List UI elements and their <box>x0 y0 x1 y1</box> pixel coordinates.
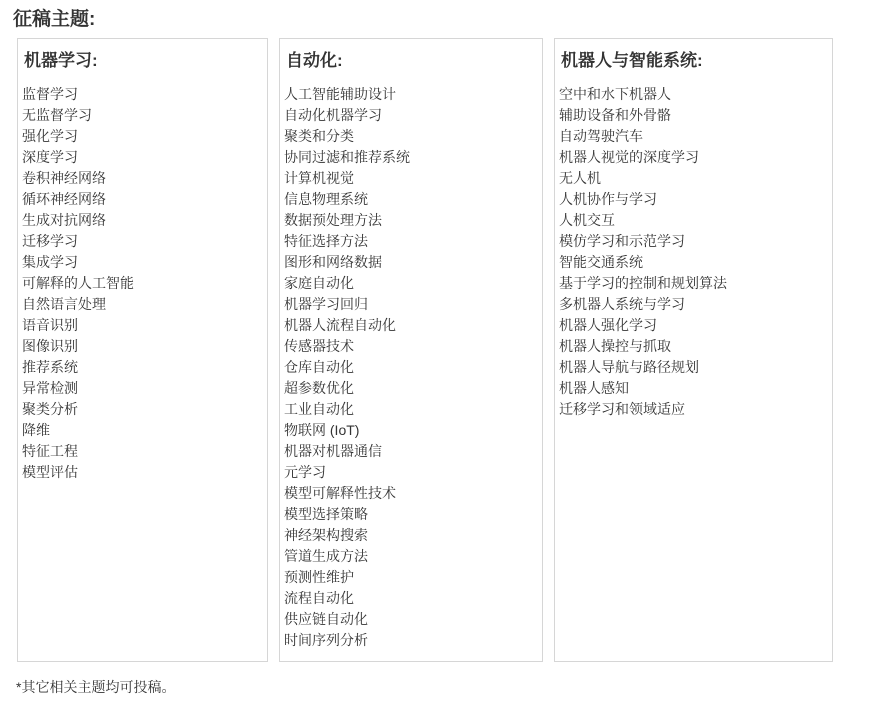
topic-column-robotics-intelligent-systems: 机器人与智能系统: 空中和水下机器人 辅助设备和外骨骼 自动驾驶汽车 机器人视觉… <box>554 38 833 662</box>
topic-item: 语音识别 <box>22 315 263 336</box>
topic-item: 强化学习 <box>22 126 263 147</box>
topic-item: 传感器技术 <box>284 336 538 357</box>
topic-item: 机器人流程自动化 <box>284 315 538 336</box>
topic-item: 迁移学习 <box>22 231 263 252</box>
topic-item: 机器人感知 <box>559 378 828 399</box>
topic-item: 供应链自动化 <box>284 609 538 630</box>
topic-item: 自动驾驶汽车 <box>559 126 828 147</box>
topic-item: 降维 <box>22 420 263 441</box>
page-title: 征稿主题: <box>0 0 881 31</box>
topic-item: 机器人视觉的深度学习 <box>559 147 828 168</box>
topic-item: 循环神经网络 <box>22 189 263 210</box>
topic-item: 信息物理系统 <box>284 189 538 210</box>
topic-item: 推荐系统 <box>22 357 263 378</box>
call-for-papers-page: 征稿主题: 机器学习: 监督学习 无监督学习 强化学习 深度学习 卷积神经网络 … <box>0 0 881 708</box>
topic-item: 深度学习 <box>22 147 263 168</box>
topic-item: 人工智能辅助设计 <box>284 84 538 105</box>
topic-item: 管道生成方法 <box>284 546 538 567</box>
topic-item: 无人机 <box>559 168 828 189</box>
footnote: *其它相关主题均可投稿。 <box>16 678 881 696</box>
topic-item: 机器人导航与路径规划 <box>559 357 828 378</box>
topic-item: 数据预处理方法 <box>284 210 538 231</box>
topic-item: 仓库自动化 <box>284 357 538 378</box>
topic-item: 辅助设备和外骨骼 <box>559 105 828 126</box>
topic-item: 自动化机器学习 <box>284 105 538 126</box>
topic-item: 预测性维护 <box>284 567 538 588</box>
topic-item: 超参数优化 <box>284 378 538 399</box>
topic-item: 神经架构搜索 <box>284 525 538 546</box>
topic-item: 人机协作与学习 <box>559 189 828 210</box>
topic-item: 聚类分析 <box>22 399 263 420</box>
topic-list-robotics-intelligent-systems: 空中和水下机器人 辅助设备和外骨骼 自动驾驶汽车 机器人视觉的深度学习 无人机 … <box>559 84 828 420</box>
topic-item: 模型可解释性技术 <box>284 483 538 504</box>
topic-item: 家庭自动化 <box>284 273 538 294</box>
topic-item: 自然语言处理 <box>22 294 263 315</box>
topic-item: 流程自动化 <box>284 588 538 609</box>
topic-item: 多机器人系统与学习 <box>559 294 828 315</box>
topic-item: 迁移学习和领域适应 <box>559 399 828 420</box>
topic-item: 机器对机器通信 <box>284 441 538 462</box>
topic-item: 图形和网络数据 <box>284 252 538 273</box>
topic-item: 特征选择方法 <box>284 231 538 252</box>
topic-item: 物联网 (IoT) <box>284 420 538 441</box>
topic-item: 工业自动化 <box>284 399 538 420</box>
topic-item: 元学习 <box>284 462 538 483</box>
topic-column-automation: 自动化: 人工智能辅助设计 自动化机器学习 聚类和分类 协同过滤和推荐系统 计算… <box>279 38 543 662</box>
topic-list-machine-learning: 监督学习 无监督学习 强化学习 深度学习 卷积神经网络 循环神经网络 生成对抗网… <box>22 84 263 483</box>
topic-item: 机器人强化学习 <box>559 315 828 336</box>
topic-item: 智能交通系统 <box>559 252 828 273</box>
topic-item: 监督学习 <box>22 84 263 105</box>
topic-item: 图像识别 <box>22 336 263 357</box>
topic-item: 集成学习 <box>22 252 263 273</box>
topic-item: 基于学习的控制和规划算法 <box>559 273 828 294</box>
column-header-robotics-intelligent-systems: 机器人与智能系统: <box>561 49 828 73</box>
topics-board: 机器学习: 监督学习 无监督学习 强化学习 深度学习 卷积神经网络 循环神经网络… <box>17 38 881 662</box>
topic-item: 机器学习回归 <box>284 294 538 315</box>
topic-column-machine-learning: 机器学习: 监督学习 无监督学习 强化学习 深度学习 卷积神经网络 循环神经网络… <box>17 38 268 662</box>
topic-item: 无监督学习 <box>22 105 263 126</box>
column-header-machine-learning: 机器学习: <box>24 49 263 73</box>
topic-item: 模型选择策略 <box>284 504 538 525</box>
topic-item: 卷积神经网络 <box>22 168 263 189</box>
topic-item: 机器人操控与抓取 <box>559 336 828 357</box>
topic-item: 异常检测 <box>22 378 263 399</box>
topic-item: 计算机视觉 <box>284 168 538 189</box>
topic-list-automation: 人工智能辅助设计 自动化机器学习 聚类和分类 协同过滤和推荐系统 计算机视觉 信… <box>284 84 538 651</box>
topic-item: 空中和水下机器人 <box>559 84 828 105</box>
topic-item: 特征工程 <box>22 441 263 462</box>
topic-item: 聚类和分类 <box>284 126 538 147</box>
topic-item: 生成对抗网络 <box>22 210 263 231</box>
topic-item: 协同过滤和推荐系统 <box>284 147 538 168</box>
topic-item: 人机交互 <box>559 210 828 231</box>
topic-item: 模型评估 <box>22 462 263 483</box>
topic-item: 可解释的人工智能 <box>22 273 263 294</box>
topic-item: 时间序列分析 <box>284 630 538 651</box>
column-header-automation: 自动化: <box>286 49 538 73</box>
topic-item: 模仿学习和示范学习 <box>559 231 828 252</box>
